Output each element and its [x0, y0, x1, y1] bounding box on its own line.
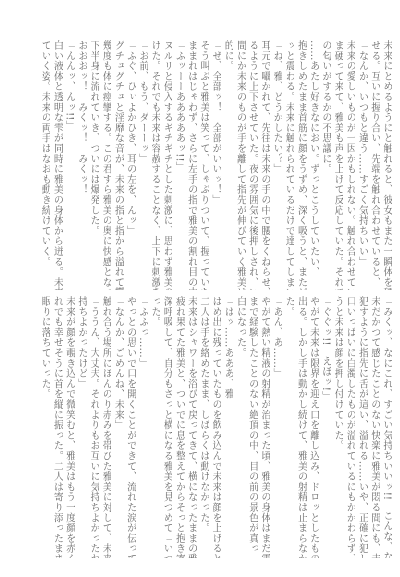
text-column: やっとの思いで口を開くことができて、流れた涙が伝ってしまう。	[124, 296, 136, 558]
text-column: 未だかつて感じたことのない快楽に雅美が悶る間にも、未来の口内を	[368, 296, 380, 558]
text-column: 抱きしめたまま首筋に顔をうずめ、深く吸うと、またピクピ	[294, 40, 306, 290]
text-column: ま硬って来て、雅美も声を上げて反応していた。それでも雅美は	[331, 40, 343, 290]
text-column: 「ふふっ……」	[136, 296, 148, 558]
text-column: 「んんッ、んッ!!」	[63, 40, 75, 290]
text-column: グチュグチュと淫靡な音が、未来の指と指から溢れて響いている	[111, 40, 123, 290]
text-column: 下半身に流れていき、ついには爆発した。	[87, 40, 99, 290]
text-column: 幾度も体に痙攣する。この君すら雅美の奥に快感となって、耳から	[99, 40, 111, 290]
text-column: ……あたし好きなにおい。ずっとこうしていたい、	[307, 40, 319, 290]
text-column: 二人は手を絡めたまま、しばらくは動けなかった。	[197, 296, 209, 558]
text-column: けた。それでも未来は容赦することなく、上下に刺激を続けていた。	[148, 40, 160, 290]
text-column: 「ううん、大丈夫。それよりもお互いに気持ちよかったね、すごい気	[87, 296, 99, 558]
text-column: 深呼吸して、自分もさっと横になる雅美を見つめて「いつか雅美もこうなるのかな」	[160, 296, 172, 558]
text-column: 「はッ……あああ、雅	[221, 296, 233, 558]
text-column: 的に。	[221, 40, 233, 290]
text-column: やがて未来は限界を迎え口を離し込み、ドロッとしたものが口から溢れ	[307, 296, 319, 558]
text-column: 「あん、あ……」	[270, 296, 282, 558]
text-column: やがて熱い精液の射精が治まった頃、雅美の身体はまだ震えていた。今	[258, 296, 270, 558]
text-column: 未来はシャワーを浴びて戻ってきて、横になったままの雅美にそっと寄り添	[185, 296, 197, 558]
text-column: 「ふッーーあああああッ!!」	[172, 40, 184, 290]
text-column: ッと震わる。未来に触れられているだけで達してしまいそうだった。	[282, 40, 294, 290]
text-column: った。	[148, 296, 160, 558]
text-column: 耳元で囁かれて、先往は未来の手の中で腰をくねらせ、ゆ	[258, 40, 270, 290]
text-column: せる。互いに握り合い、先端を触れ合わせていると、	[368, 40, 380, 290]
text-column: 白になった。	[233, 296, 245, 558]
text-column: 未来が顔を覗き込んで微笑むと、雅美はもう一度顔を赤くして、そ	[63, 296, 75, 558]
scan-speck	[205, 488, 208, 491]
text-column: 眠りに落ちていった。	[38, 296, 50, 558]
text-column: 白い液体と透明な雫が同時に雅美の身体から迸る。未来の口と手を汚し	[50, 40, 62, 290]
text-column: うと未来は顔を押し付けていた。	[331, 296, 343, 558]
text-column: 触れ合う場所にほんのり赤みを帯びた雅美に対して、未来は首を振り、	[99, 296, 111, 558]
text-column: そう叫ぶと雅美は笑って、しゃぶりついて、握っていた右手で擦りながら	[197, 40, 209, 290]
text-column: 犯すように指先に舌が這い、溢れる……いや、正確に犯している。すでに未来の	[355, 296, 367, 558]
text-column: おおおッ！ みくッ！ みくッ！	[75, 40, 87, 290]
text-column: はめ出に残っていたものを飲み込んで未来は顔を上げると、雅美は、なんとかー	[209, 296, 221, 558]
text-column: るように上下させていた。夜の雰囲気に後押しされ、いつの	[246, 40, 258, 290]
text-column: ていく姿。未来の両手はなおも動き続けていく。	[38, 40, 50, 290]
text-column: ままれはじゃわず、さらに左手の指で雅美の割れ目の中に侵入してきた。	[185, 40, 197, 290]
text-column: 「なんか、ごめんね、未来」	[111, 296, 123, 558]
text-column: れでも幸せそうに首を縦に振った。二人は寄り添ったまま、	[50, 296, 62, 558]
text-column: の匂いがするかの不思議に。	[319, 40, 331, 290]
text-column: 「ふぐ、ひぃよかひき、耳の左を、んッ」	[124, 40, 136, 290]
text-column: 持ちよかったけど」	[75, 296, 87, 558]
text-column: 出る。しかし手は動かし続けて、雅美の射精は止まらなかった。	[294, 296, 306, 558]
text-column: 「みくッ、なにこれ、すごい気持ちいいッ!! こんな、なんでッ！」	[380, 296, 392, 558]
text-column: 未来の愛しいものが一因かもしれない。触れ合わせていると、その	[343, 40, 355, 290]
text-column: 疲れ果てた雅美と、ついでに息を整えてからそっと抱き寄せた。	[172, 296, 184, 558]
text-column: 「ぜ、全部ッ！ 全部がいいッ！」	[209, 40, 221, 290]
text-column: 「ね、雅、どうかしたい？」	[270, 40, 282, 290]
text-column: 「お前、もう、ダーーッ」	[136, 40, 148, 290]
text-column: 「ぐぐッ!! えぼッ!」	[319, 296, 331, 558]
text-column: ヌルリと侵入するギチギチとした刺激に、思わず雅美の腰が浮	[160, 40, 172, 290]
top-page-text-block: 未来にとめるようにと触れると、彼女もまた一瞬体を硬直させる。互いに握り合い、先端…	[30, 40, 392, 290]
text-column: 間にか未来のものが手を離して指先が伸びていく雅美は反射	[233, 40, 245, 290]
bottom-page-text-block: 「みくッ、なにこれ、すごい気持ちいいッ!! こんな、なんでッ！」未だかつて感じた…	[30, 296, 392, 558]
text-column: 未来にとめるようにと触れると、彼女もまた一瞬体を硬直さ	[380, 40, 392, 290]
text-column: 「なんか、いつもと違う……すごく気持ちいい」	[355, 40, 367, 290]
text-column: 口いっぱいに白濁したものが溢れているにもかかわらず、さらに押そ	[343, 296, 355, 558]
text-column: た。	[282, 296, 294, 558]
text-column: まで経験したことのない絶頂の中、目の前の景色が真っ	[246, 296, 258, 558]
